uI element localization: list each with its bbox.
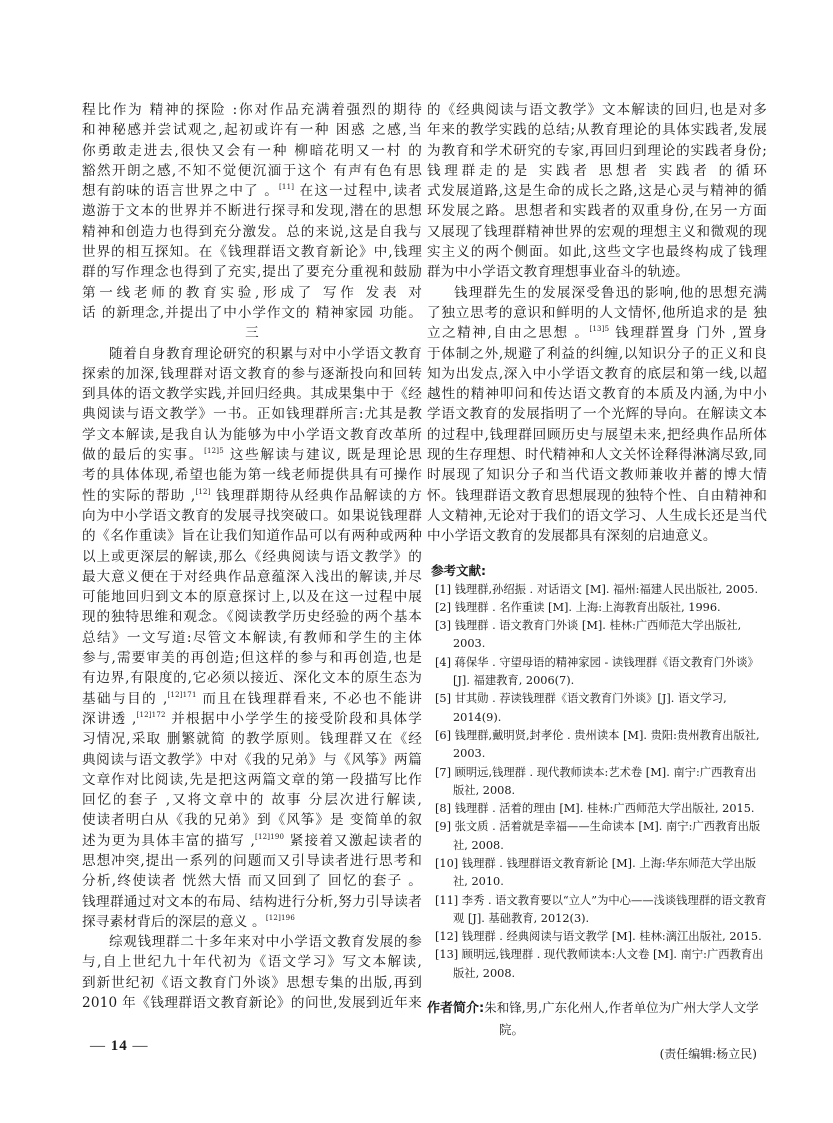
text-line: 钱理群走的是 实践者 思想者 实践者 的循环 [427, 161, 767, 181]
author-bio-text: 朱和锋,男,广东化州人,作者单位为广州大学人文学院。 [484, 1000, 758, 1037]
text-line: 做的最后的实事。[12]5 这些解读与建议, 既是理论思 [82, 445, 422, 465]
text-line: 人文精神,无论对于我们的语文学习、人生成长还是当代 [427, 506, 767, 526]
text-line: 考的具体体现,希望也能为第一线老师提供具有可操作 [82, 465, 422, 485]
reference-item: [9] 张文质 . 活着就是幸福——生命读本 [M]. 南宁:广西教育出版社, … [431, 818, 767, 855]
reference-item: [2] 钱理群 . 名作重读 [M]. 上海:上海教育出版社, 1996. [431, 599, 767, 617]
text-line: 的过程中,钱理群回顾历史与展望未来,把经典作品所体 [427, 425, 767, 445]
text-line: 总结》一文写道:尽管文本解读,有教师和学生的主体 [82, 628, 422, 648]
reference-item: [12] 钱理群 . 经典阅读与语文教学 [M]. 桂林:漓江出版社, 2015… [431, 928, 767, 946]
text-line: 又展现了钱理群精神世界的宏观的理想主义和微观的现 [427, 222, 767, 242]
text-line: 随着自身教育理论研究的积累与对中小学语文教育 [82, 344, 422, 364]
text-line: 与,自上世纪九十年代初为《语文学习》写文本解读, [82, 952, 422, 972]
text-line: 的《经典阅读与语文教学》文本解读的回归,也是对多 [427, 100, 767, 120]
text-line: 使读者明白从《我的兄弟》到《风筝》是 变简单的叙 [82, 810, 422, 830]
text-line: 怀。钱理群语文教育思想展现的独特个性、自由精神和 [427, 486, 767, 506]
text-line: 世界的相互探知。在《钱理群语文教育新论》中,钱理 [82, 242, 422, 262]
text-line: 豁然开朗之感,不知不觉便沉湎于这个 有声有色有思 [82, 161, 422, 181]
text-line: 想有韵味的语言世界之中了 。[11] 在这一过程中,读者 [82, 181, 422, 201]
text-line: 立之精神,自由之思想 。[13]5 钱理群置身 门外 ,置身 [427, 323, 767, 343]
text-line: 钱理群通过对文本的布局、结构进行分析,努力引导读者 [82, 892, 422, 912]
references-heading: 参考文献: [431, 561, 767, 581]
text-line: 了独立思考的意识和鲜明的人文情怀,他所追求的是 独 [427, 303, 767, 323]
left-column: 程比作为 精神的探险 :你对作品充满着强烈的期待 和神秘感并尝试观之,起初或许有… [82, 100, 422, 1013]
text-line: 性的实际的帮助 ,[12] 钱理群期待从经典作品解读的方 [82, 486, 422, 506]
text-line: 和神秘感并尝试观之,起初或许有一种 困惑 之感,当 [82, 120, 422, 140]
reference-item: [10] 钱理群 . 钱理群语文教育新论 [M]. 上海:华东师范大学出版社, … [431, 855, 767, 892]
reference-item: [3] 钱理群 . 语文教育门外谈 [M]. 桂林:广西师范大学出版社, 200… [431, 617, 767, 654]
author-bio: 作者简介:朱和锋,男,广东化州人,作者单位为广州大学人文学院。 [427, 997, 767, 1040]
citation: [13]5 [589, 325, 609, 333]
text-line: 向为中小学语文教育的发展寻找突破口。如果说钱理群 [82, 506, 422, 526]
editor-credit: (责任编辑:杨立民) [427, 1042, 767, 1066]
author-bio-label: 作者简介: [427, 1001, 484, 1016]
text-line: 基础与目的 ,[12]171 而且在钱理群看来, 不必也不能讲 [82, 689, 422, 709]
reference-item: [4] 蒋保华 . 守望母语的精神家园 - 读钱理群《语文教育门外谈》[J]. … [431, 654, 767, 691]
text-line: 典阅读与语文教学》一书。正如钱理群所言:尤其是教 [82, 404, 422, 424]
reference-item: [6] 钱理群,戴明贤,封孝伦 . 贵州读本 [M]. 贵阳:贵州教育出版社, … [431, 727, 767, 764]
text-line: 第一线老师的教育实验,形成了 写作 发表 对 [82, 283, 422, 303]
text-line: 述为更为具体丰富的描写 ,[12]190 紧接着又激起读者的 [82, 831, 422, 851]
text-line: 综观钱理群二十多年来对中小学语文教育发展的参 [82, 932, 422, 952]
text-line: 探寻素材背后的深层的意义 。[12]196 [82, 912, 422, 932]
text-line: 有边界,有限度的,它必须以接近、深化文本的原生态为 [82, 668, 422, 688]
text-line: 钱理群先生的发展深受鲁迅的影响,他的思想充满 [427, 283, 767, 303]
text-line: 文章作对比阅读,先是把这两篇文章的第一段描写比作 [82, 770, 422, 790]
text-line: 参与,需要审美的再创造;但这样的参与和再创造,也是 [82, 648, 422, 668]
text-line: 知为出发点,深入中小学语文教育的底层和第一线,以超 [427, 364, 767, 384]
text-line: 思想冲突,提出一系列的问题而又引导读者进行思考和 [82, 851, 422, 871]
text-line: 到具体的语文教学实践,并回归经典。其成果集中于《经 [82, 384, 422, 404]
citation: [12]5 [204, 447, 224, 455]
section-heading: 三 [82, 323, 422, 343]
citation: [12]196 [266, 914, 295, 922]
reference-item: [7] 顾明远,钱理群 . 现代教师读本:艺术卷 [M]. 南宁:广西教育出版社… [431, 764, 767, 801]
text-line: 遨游于文本的世界并不断进行探寻和发现,潜在的思想 [82, 201, 422, 221]
text-line: 式发展道路,这是生命的成长之路,这是心灵与精神的循 [427, 181, 767, 201]
text-line: 学文本解读,是我自认为能够为中小学语文教育改革所 [82, 425, 422, 445]
text-line: 群的写作理念也得到了充实,提出了要充分重视和鼓励 [82, 262, 422, 282]
reference-item: [8] 钱理群 . 活着的理由 [M]. 桂林:广西师范大学出版社, 2015. [431, 800, 767, 818]
text-line: 探索的加深,钱理群对语文教育的参与逐渐投向和回转 [82, 364, 422, 384]
text-line: 于体制之外,规避了利益的纠缠,以知识分子的正义和良 [427, 344, 767, 364]
right-column: 的《经典阅读与语文教学》文本解读的回归,也是对多 年来的教学实践的总结;从教育理… [427, 100, 767, 1066]
citation: [12]171 [167, 691, 196, 699]
text-line: 为教育和学术研究的专家,再回归到理论的实践者身份; [427, 141, 767, 161]
text-line: 年来的教学实践的总结;从教育理论的具体实践者,发展 [427, 120, 767, 140]
text-line: 回忆的套子 ,又将文章中的 故事 分层次进行解读, [82, 790, 422, 810]
citation: [12]190 [255, 833, 284, 841]
text-line: 到新世纪初《语文教育门外谈》思想专集的出版,再到 [82, 973, 422, 993]
text-line: 你勇敢走进去,很快又会有一种 柳暗花明又一村 的 [82, 141, 422, 161]
text-line: 群为中小学语文教育理想事业奋斗的轨迹。 [427, 262, 767, 282]
reference-item: [5] 甘其勋 . 荐读钱理群《语文教育门外谈》[J]. 语文学习, 2014(… [431, 690, 767, 727]
reference-item: [1] 钱理群,孙绍振 . 对话语文 [M]. 福州:福建人民出版社, 2005… [431, 581, 767, 599]
text-line: 现的生存理想、时代精神和人文关怀诠释得淋漓尽致,同 [427, 445, 767, 465]
citation: [12]172 [137, 711, 166, 719]
text-line: 越性的精神叩问和传达语文教育的本质及内涵,为中小 [427, 384, 767, 404]
text-line: 分析,终使读者 恍然大悟 而又回到了 回忆的套子 。 [82, 871, 422, 891]
text-line: 中小学语文教育的发展都具有深刻的启迪意义。 [427, 526, 767, 546]
text-line: 程比作为 精神的探险 :你对作品充满着强烈的期待 [82, 100, 422, 120]
reference-item: [13] 顾明远,钱理群 . 现代教师读本:人文卷 [M]. 南宁:广西教育出版… [431, 946, 767, 983]
text-line: 最大意义便在于对经典作品意蕴深入浅出的解读,并尽 [82, 567, 422, 587]
citation: [11] [279, 183, 294, 191]
text-line: 实主义的两个侧面。如此,这些文字也最终构成了钱理 [427, 242, 767, 262]
text-line: 话 的新理念,并提出了中小学作文的 精神家园 功能。 [82, 303, 422, 323]
text-line: 精神和创造力也得到充分激发。总的来说,这是自我与 [82, 222, 422, 242]
text-line: 以上或更深层的解读,那么《经典阅读与语文教学》的 [82, 547, 422, 567]
text-line: 时展现了知识分子和当代语文教师兼收并蓄的博大情 [427, 465, 767, 485]
text-line: 深讲透 ,[12]172 并根据中小学学生的接受阶段和具体学 [82, 709, 422, 729]
text-line: 环发展之路。思想者和实践者的双重身份,在另一方面 [427, 201, 767, 221]
text-line: 可能地回归到文本的原意探讨上,以及在这一过程中展 [82, 587, 422, 607]
text-line: 2010 年《钱理群语文教育新论》的问世,发展到近年来 [82, 993, 422, 1013]
page-number: — 14 — [90, 1038, 149, 1055]
text-line: 习情况,采取 删繁就简 的教学原则。钱理群又在《经 [82, 729, 422, 749]
reference-item: [11] 李秀 . 语文教育要以“立人”为中心——浅谈钱理群的语文教育观 [J]… [431, 892, 767, 929]
text-line: 现的独特思维和观念。《阅读教学历史经验的两个基本 [82, 607, 422, 627]
citation: [12] [195, 488, 210, 496]
text-line: 典阅读与语文教学》中对《我的兄弟》与《风筝》两篇 [82, 750, 422, 770]
text-line: 学语文教育的发展指明了一个光辉的导向。在解读文本 [427, 404, 767, 424]
references-list: [1] 钱理群,孙绍振 . 对话语文 [M]. 福州:福建人民出版社, 2005… [427, 581, 767, 984]
text-line: 的《名作重读》旨在让我们知道作品可以有两种或两种 [82, 526, 422, 546]
